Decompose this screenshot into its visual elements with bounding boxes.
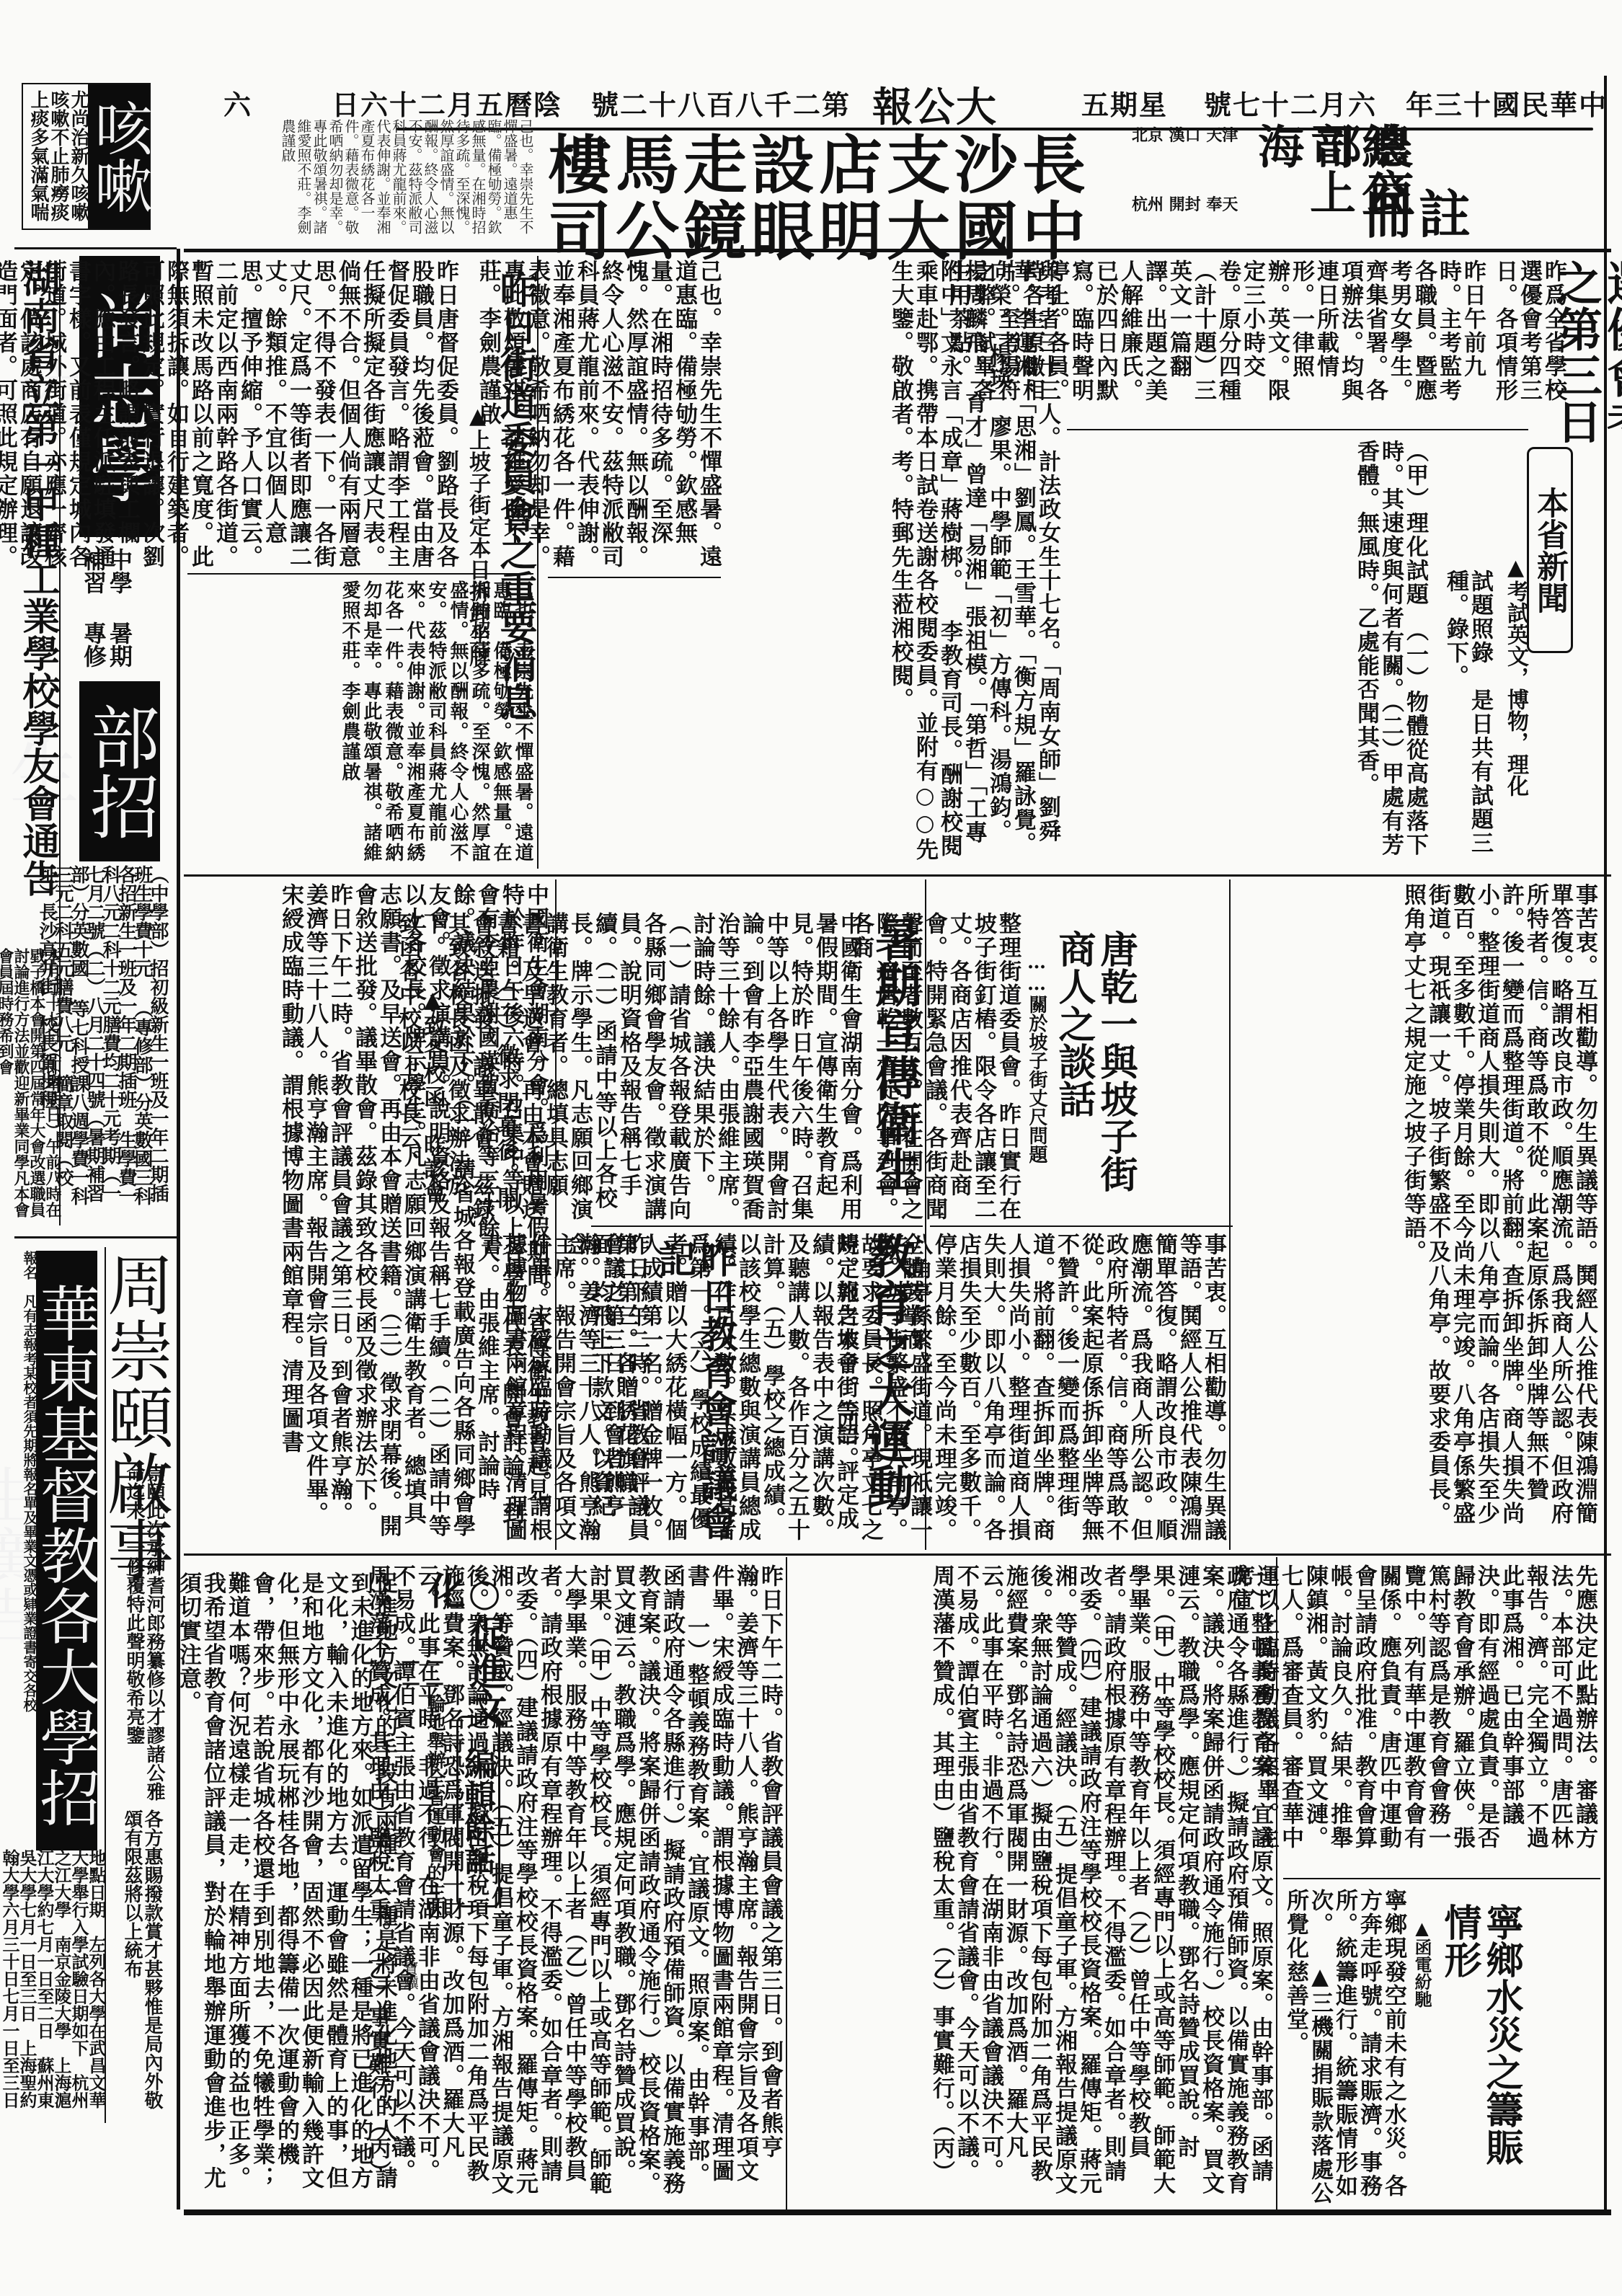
rule-mid-1 (1229, 879, 1231, 1550)
rule-upper-1 (537, 256, 539, 869)
summer-health-headline: 暑期宣傳衛生 (869, 916, 919, 1225)
flood-relief-body: 寧鄉現發空前未有之水災。各方奔走呼號。請求賑濟。事務所。統籌進行。統籌賑情形如次… (1283, 1889, 1406, 2206)
summer-health-body: 中國衛生會湖南分會。爲利用暑假期間。宣傳衛生教育起見。特於昨日午後六時。召集中等… (591, 912, 861, 1222)
flood-relief-para: ▲三機關捐賑款落處公所覺化慈善堂。 (1282, 1889, 1333, 2205)
rule-exam (1067, 429, 1528, 430)
tang-interview-body: 整理街道委員會。昨日實行在坡子街釘樁。限令各店讓至二丈。各商店因推代表齊赴商會。… (937, 912, 1020, 1222)
promote-culture-byline: 寶驥 (400, 1961, 421, 2018)
tang-interview-cont: 事苦衷。互相勸導。勿生異議等語。鬨經人公推代表陳鴻淵簡單答復。略謂改良市政。順應… (930, 1233, 1226, 1550)
middle-left-text: 中國衛生會湖南分會。爲利用暑假期間。宣傳衛生教育起見。特於昨日午後六時。召集中等… (187, 883, 548, 1546)
tang-interview-subhead: ……關於坡子街丈尺問題 (1024, 952, 1050, 1182)
middle-right-text: 事苦衷。互相勸導。勿生異議等語。鬨經人公推代表陳鴻淵簡單答復。略謂改良市政。順應… (1240, 883, 1597, 1546)
rule-mid-3 (555, 879, 557, 1550)
cough-sub-line: 咳嗽不止肺癆痰 (48, 90, 69, 221)
cough-ad-title: 咳嗽 (88, 84, 149, 229)
cough-sub-line: 上痰多氣滿氣喘 (27, 90, 49, 221)
branch-locations: 北京 漢口 天津 杭州 開封 奉天 (1132, 126, 1240, 214)
school-ad-details: （中學部）招初級新生一班及一年二期插班生學費十元 （專修部）分英數國三科各招新生… (68, 865, 166, 1211)
year: 中華民國十三年 (1406, 83, 1608, 123)
cough-sub-line: 尤尚治新久咳嗽 (68, 90, 89, 221)
school-tag: 專修 (80, 621, 107, 668)
page-number: 六 (223, 83, 252, 123)
exam-results-text: 與考者三十三人。計法政女生十七名。「周南女師」劉舜華。李運湘。「思湘」劉鳳。王雪… (724, 260, 1060, 865)
education-council-body: 昨日下午二時。省教會評議員會議之第三日。到會者熊亨瀚。姜濟等三十八人。熊亨瀚主席… (562, 1233, 649, 1550)
exam-day3-para-1: 昨日午前九時。主考監考各職員。暨應考男女學生。齊集省署。各項辦法。均與連日所載情… (1067, 260, 1485, 418)
rule-tang (930, 1225, 1233, 1227)
rule-street (187, 573, 533, 575)
solar-date: 六月二十七號 (1204, 83, 1377, 123)
rule-low-1 (1276, 1557, 1277, 2209)
lunar-date: 陰曆五月二十六日 (332, 83, 562, 123)
promote-culture-para: 我希望省教育會諸位評議員，對於輪地舉辦運動會進步，尤須切實注意。 (175, 1572, 226, 2190)
lower-mid-text: 昨日下午二時。省教會評議員會議之第三日。到會者熊亨瀚。姜濟等三十八人。熊亨瀚主席… (505, 1564, 782, 2206)
cough-ad: 咳嗽 尤尚治新久咳嗽 咳嗽不止肺癆痰 上痰多氣滿氣喘 (22, 83, 151, 230)
middle-left-para: 中國衛生會湖南分會。爲利用暑假期間。宣傳衛生教育起見。特於昨日午後六時。召集中等… (351, 883, 549, 1538)
rule-low-2 (786, 1557, 787, 2209)
street-committee-body: 昨日唐督促委員。劉路長及各股職員。均先後蒞會。當由唐督促委員發言。略謂李工程主任… (187, 260, 458, 577)
rule-left-top (14, 247, 177, 249)
rule-upper-mid (184, 874, 1611, 877)
street-committee-cont: 己也。幸崇先生不憚盛暑。遠道惠臨。備極劬勞。欽感無量。在湘時招待多疏。至深愧。然… (187, 580, 533, 865)
flood-relief-subhead: ▲函電紛馳 (1409, 1918, 1435, 2062)
small-ad-text: 己也。幸崇先生不憚盛暑。遠道惠臨。備極劬勞。欽感無量。在湘時招待多疏。至深愧。然… (279, 119, 534, 234)
glasses-ad: 長沙支店設走馬樓 中國大明眼鏡公司 (548, 115, 1125, 245)
university-ad-side-note: 報名 凡有志報考某校者須先期將報名單及畢業文憑或肄業證書寄交各校 (9, 1251, 36, 1827)
branch-locations-1: 北京 漢口 天津 (1132, 126, 1240, 145)
right-bottom-report: 先應決定此點辦法。審議方法。本部可不過問。唐匹林報告。濟。完全獨立。不過此事爲湘… (1283, 1564, 1597, 1867)
university-ad-body: 地點日期 左列各大學在武昌文華大學舉行入學試驗日期如下 杭州之江大學 南京金陵大… (32, 1849, 105, 2123)
promote-culture-subhead: ——輪地舉辦全省運動會的主因—— (400, 1651, 448, 1954)
flood-relief-headline: 寧鄉水災之籌賑情形 (1438, 1903, 1522, 2191)
exam-day3-intro: 昨爲全省學校選優會考第三日。各項情形 (1492, 260, 1566, 425)
rule-lower-mid (184, 1553, 1611, 1556)
rule-mid-2 (925, 879, 926, 1550)
exam-day3-para-2: 試題照錄 是日共有試題三種。錄下。 (1435, 569, 1492, 865)
council-cases-body: 一）整頓義務教育案。宜議原文。照原案。由幹事部。函請政府通令各縣進行。）擬請政府… (793, 1564, 1272, 2206)
rule-bottom (184, 2209, 1611, 2215)
alumni-notice-body: 本月二十七日（即舉期日）午前八時在戥子橋本會開第四屆常年大會改選職員討論進行方法… (10, 948, 61, 1222)
rule-thanks (548, 577, 721, 578)
zhou-notice-body: 崇頤此次承紳耆河郎務纂修以才謬諸公雅命迄未一一修覆特此聲明敬希亮鑒 (121, 1463, 164, 1802)
university-ad-title: 華東基督教各大學招生廣告 (36, 1251, 97, 1850)
rule-left-mid (14, 1236, 177, 1238)
zhou-notice-footer: 各方惠賜撥款賞才甚夥惟是局內外敬頌有限茲將以上統布 (119, 1809, 162, 2127)
small-ad-block: 己也。幸崇先生不憚盛暑。遠道惠臨。備極劬勞。欽感無量。在湘時招待多疏。至深愧。然… (187, 119, 533, 241)
branch-locations-2: 杭州 開封 奉天 (1132, 195, 1240, 214)
exam-day3-subhead: ▲考試英文，博物，理化 (1499, 555, 1531, 843)
rule-report (1283, 1878, 1600, 1879)
middle-left-para: 昨日下午二時。省教會評議員會議之第三日。到會者熊亨瀚。姜濟等三十八人。熊亨瀚主席… (278, 883, 353, 1525)
tang-interview-headline: 唐乾一與坡子街商人之談話 (1052, 930, 1136, 1218)
exam-day3-para-3: （甲）理化試題 （一）物體從高處落下時。其速度與何者有關。（二）甲處有芳香體。無… (1067, 440, 1427, 865)
thanks-letter-text: 己也。幸崇先生不憚盛暑。遠道惠臨。備極劬勞。欽感無量。在湘時招待多疏。至深愧。然… (548, 260, 721, 577)
registered-label: 註冊 (1362, 173, 1475, 248)
section-label-provincial-news: 本省新聞 (1527, 447, 1573, 653)
tang-interview-cont: 事苦衷。互相勸導。勿生異議等語。鬨經人公推代表陳鴻淵簡單答復。略謂改良市政。順應… (1400, 883, 1597, 1525)
rule-summer (591, 1225, 923, 1227)
rule-top (184, 249, 1611, 252)
sports-meet-closing: 全體鼓掌而散。 (901, 1233, 923, 1377)
education-council-headline: 昨日教育會評議會記 (652, 1240, 736, 1550)
school-ad-dept: 部招生 (79, 681, 160, 861)
promote-culture-body: 促進地方文化的手段有兩種：一種是將未進化地方的人，請到未進化的地方來。如派遣留學… (195, 1572, 396, 2206)
cough-ad-sub: 尤尚治新久咳嗽 咳嗽不止肺癆痰 上痰多氣滿氣喘 (27, 90, 89, 227)
promote-culture-para: 促進地方文化的手段有兩種：一種是將未進化地方的人，請到未進化的地方來。如派遣留學… (224, 1572, 397, 2190)
